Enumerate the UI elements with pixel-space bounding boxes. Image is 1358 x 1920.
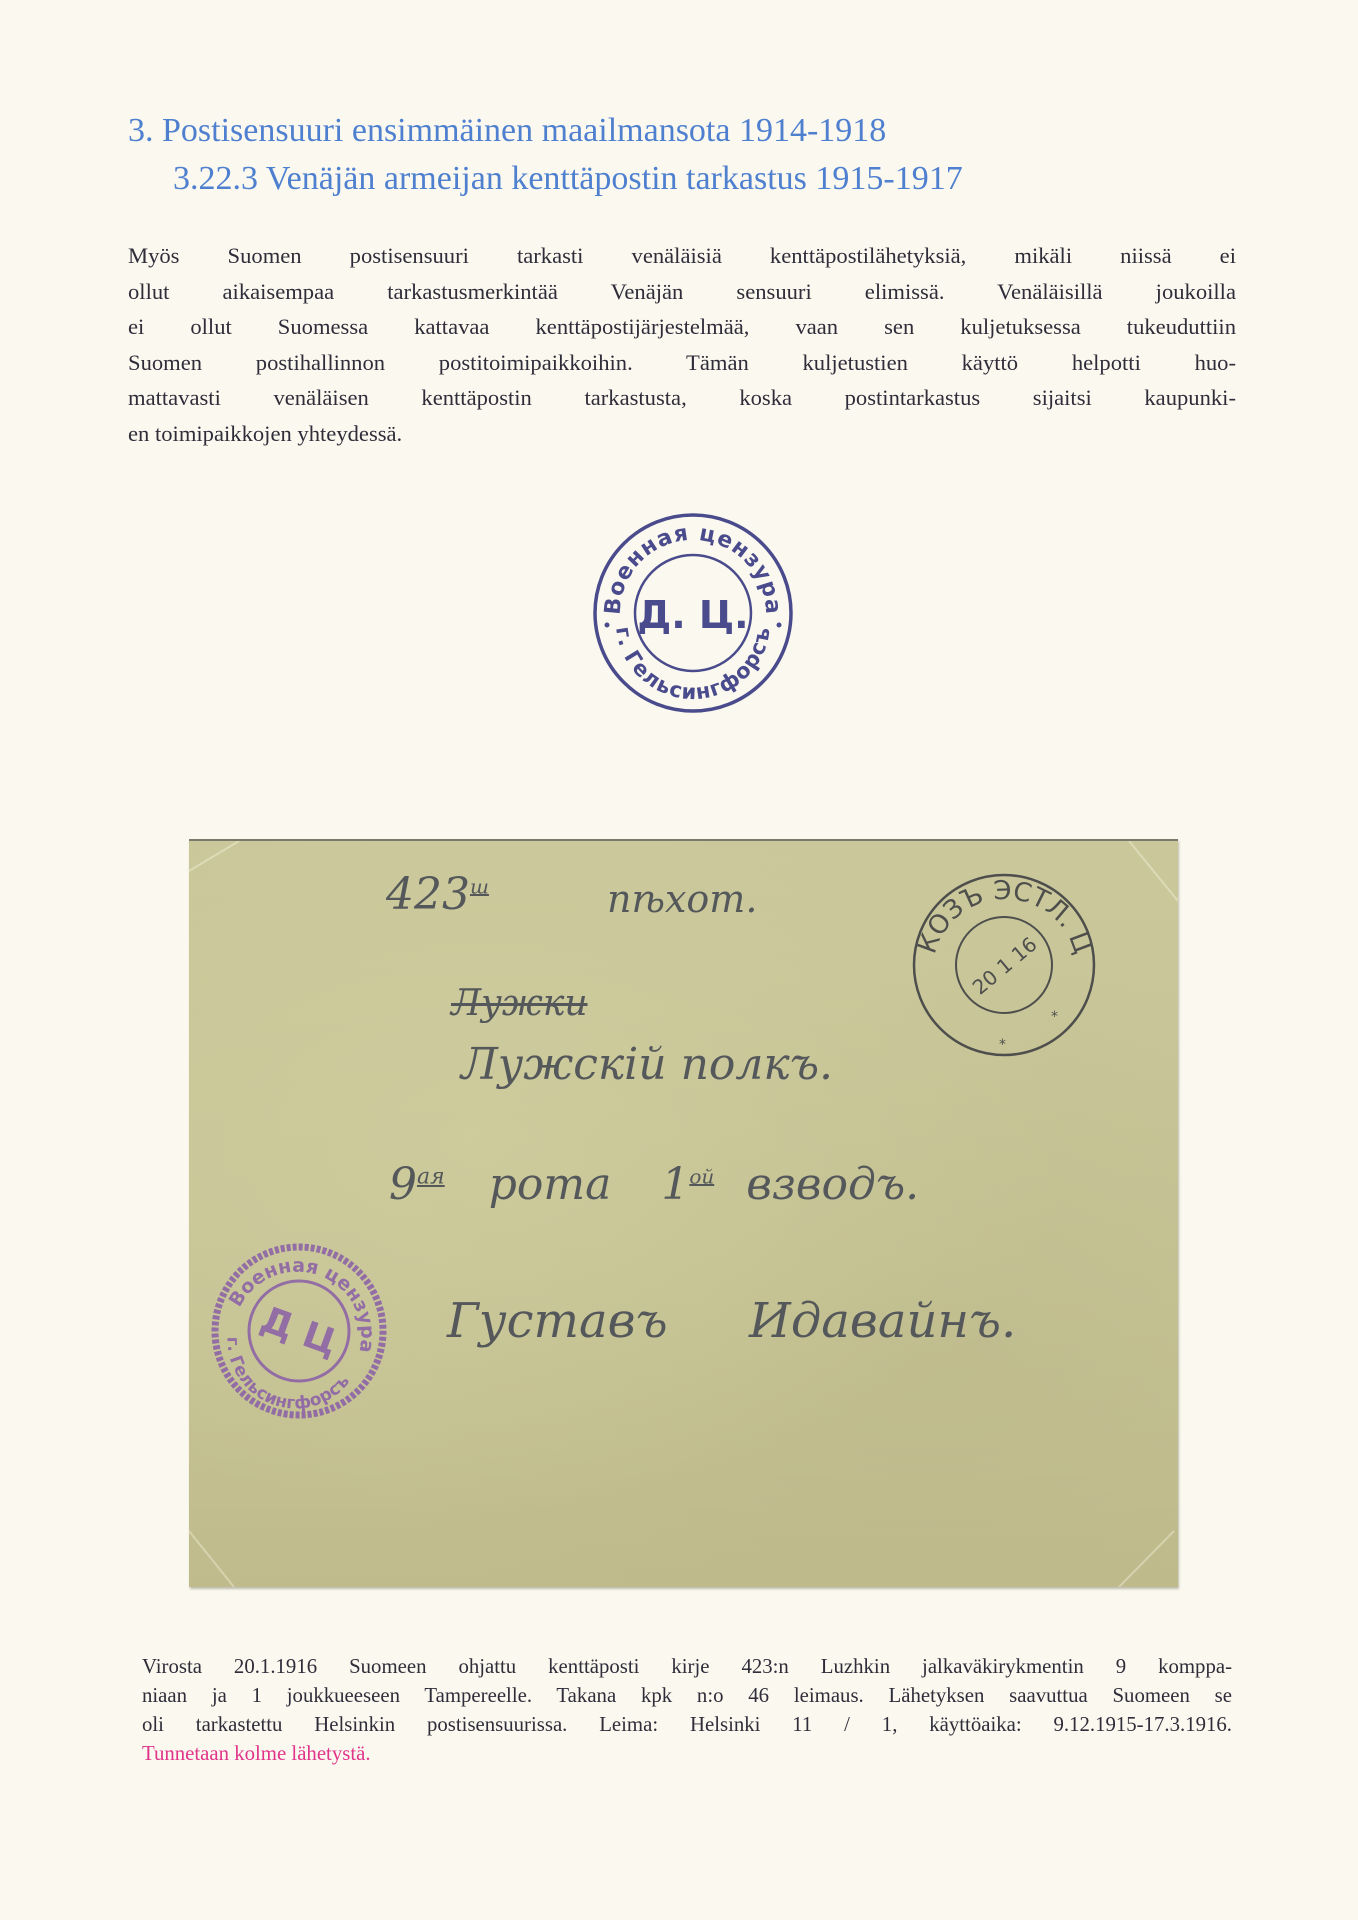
intro-line: mattavasti venäläisen kenttäpostin tarka… — [128, 380, 1236, 416]
intro-line: ollut aikaisempaa tarkastusmerkintää Ven… — [128, 274, 1236, 310]
svg-text:*: * — [999, 1037, 1006, 1053]
caption-line: Virosta 20.1.1916 Suomeen ohjattu kenttä… — [142, 1652, 1232, 1681]
page-title: 3. Postisensuuri ensimmäinen maailmansot… — [128, 112, 886, 150]
handwriting-regiment: Лужскiй полкъ. — [461, 1039, 833, 1090]
intro-paragraph: Myös Suomen postisensuuri tarkasti venäl… — [128, 238, 1236, 451]
caption-note: Tunnetaan kolme lähetystä. — [142, 1739, 1232, 1768]
caption-line: niaan ja 1 joukkueeseen Tampereelle. Tak… — [142, 1681, 1232, 1710]
violet-censor-stamp-icon: Военная цензура г. Гельсингфорсъ Д Ц — [209, 1241, 389, 1421]
handwriting-unit: пѣхот. — [607, 877, 757, 921]
handwriting-first-name: Густавъ — [447, 1293, 668, 1349]
caption-line: oli tarkastettu Helsinkin postisensuuris… — [142, 1710, 1232, 1739]
envelope-image: 423ш пѣхот. Лужки Лужскiй полкъ. 9ая рот… — [189, 839, 1178, 1587]
censor-stamp-icon: Военная цензура г. Гельсингфорсъ Д. Ц. — [590, 510, 796, 716]
handwriting-company: 9ая рота 1ой взводъ. — [389, 1159, 919, 1210]
censor-stamp-image: Военная цензура г. Гельсингфорсъ Д. Ц. — [590, 510, 796, 716]
intro-line: Suomen postihallinnon postitoimipaikkoih… — [128, 345, 1236, 381]
intro-line: en toimipaikkojen yhteydessä. — [128, 416, 1236, 452]
svg-text:*: * — [1051, 1009, 1058, 1025]
stamp-center-text: Д. Ц. — [637, 593, 748, 637]
svg-text:Д Ц: Д Ц — [255, 1299, 342, 1364]
intro-line: Myös Suomen postisensuuri tarkasti venäl… — [128, 238, 1236, 274]
intro-line: ei ollut Suomessa kattavaa kenttäpostijä… — [128, 309, 1236, 345]
handwriting-last-name: Идавайнъ. — [749, 1293, 1016, 1349]
handwriting-number: 423ш — [386, 869, 489, 920]
postmark-icon: КОЗЪ ЭСТЛ. Ц 20 1 16 * * — [901, 861, 1107, 1061]
postmark-date: 20 1 16 — [968, 932, 1042, 999]
handwriting-struck-word: Лужки — [451, 983, 588, 1024]
page-subtitle: 3.22.3 Venäjän armeijan kenttäpostin tar… — [173, 160, 963, 198]
caption-paragraph: Virosta 20.1.1916 Suomeen ohjattu kenttä… — [142, 1652, 1232, 1768]
